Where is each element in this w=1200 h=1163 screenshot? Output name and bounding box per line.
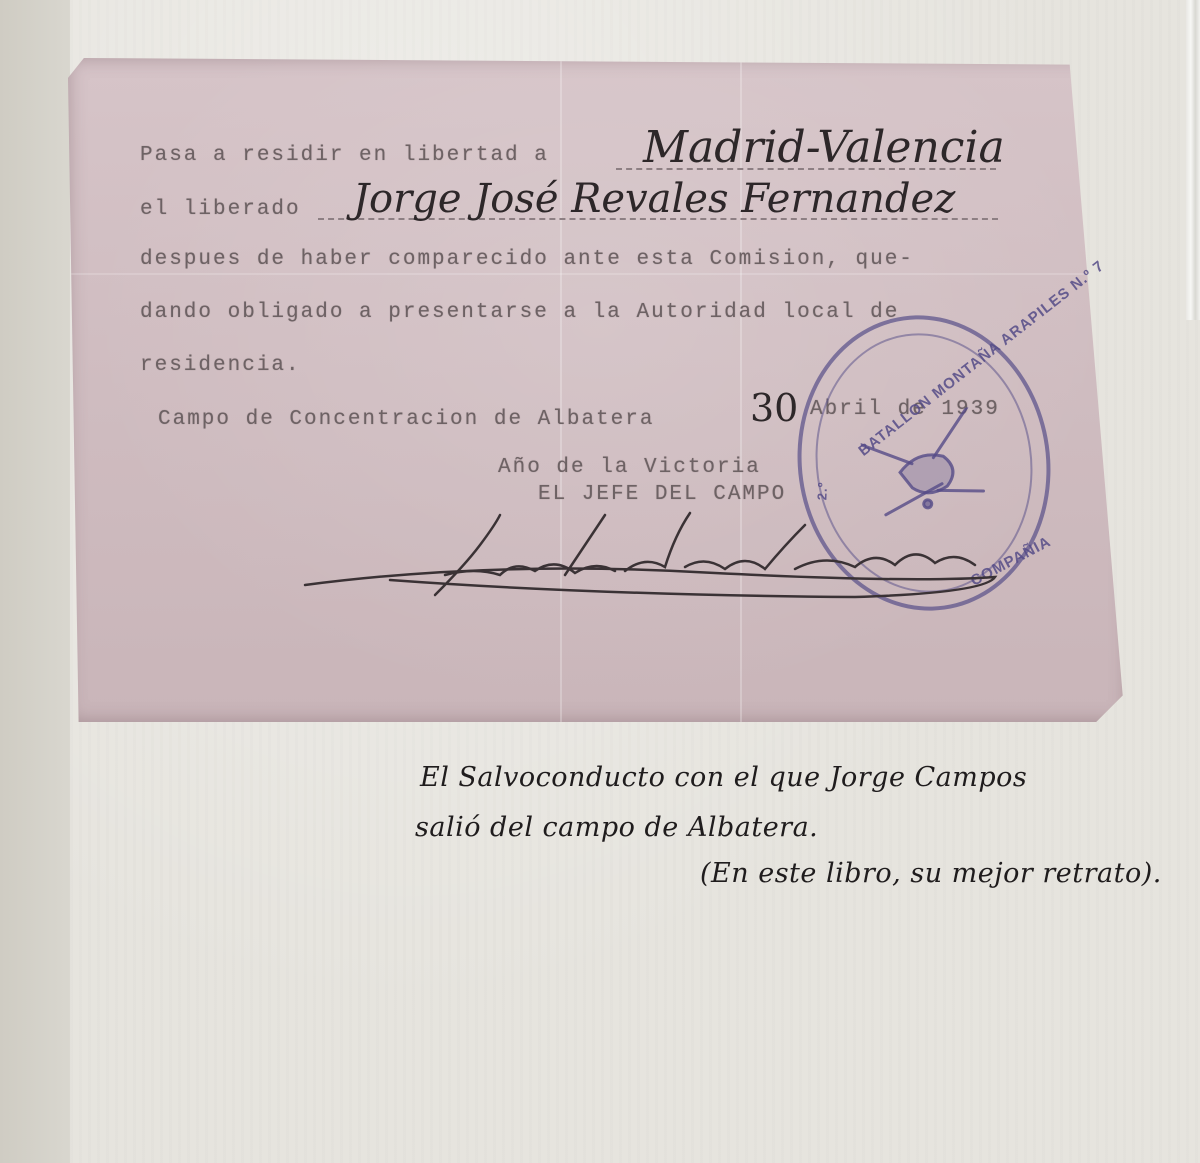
handwritten-name: Jorge José Revales Fernandez — [353, 176, 955, 222]
caption-line-3: (En este libro, su mejor retrato). — [700, 858, 1162, 889]
typed-line-4: dando obligado a presentarse a la Autori… — [140, 301, 899, 324]
typed-line-3: despues de haber comparecido ante esta C… — [140, 248, 914, 271]
typed-line-1: Pasa a residir en libertad a — [140, 144, 549, 167]
stamp-left-text: 2.º — [814, 481, 830, 500]
typed-jefe-campo: EL JEFE DEL CAMPO — [538, 483, 786, 506]
handwritten-day: 30 — [750, 386, 798, 430]
handwritten-destination: Madrid-Valencia — [643, 122, 1005, 173]
typed-ano-victoria: Año de la Victoria — [498, 456, 761, 479]
fold-line — [560, 58, 562, 722]
fold-line — [68, 273, 1128, 275]
caption-line-1: El Salvoconducto con el que Jorge Campos — [420, 762, 1027, 793]
typed-line-5: residencia. — [140, 354, 301, 377]
typed-line-2: el liberado — [140, 198, 301, 221]
signature-icon — [295, 505, 1015, 605]
page-edge — [1186, 0, 1200, 320]
caption-line-2: salió del campo de Albatera. — [415, 812, 818, 843]
typed-place: Campo de Concentracion de Albatera — [158, 408, 654, 431]
